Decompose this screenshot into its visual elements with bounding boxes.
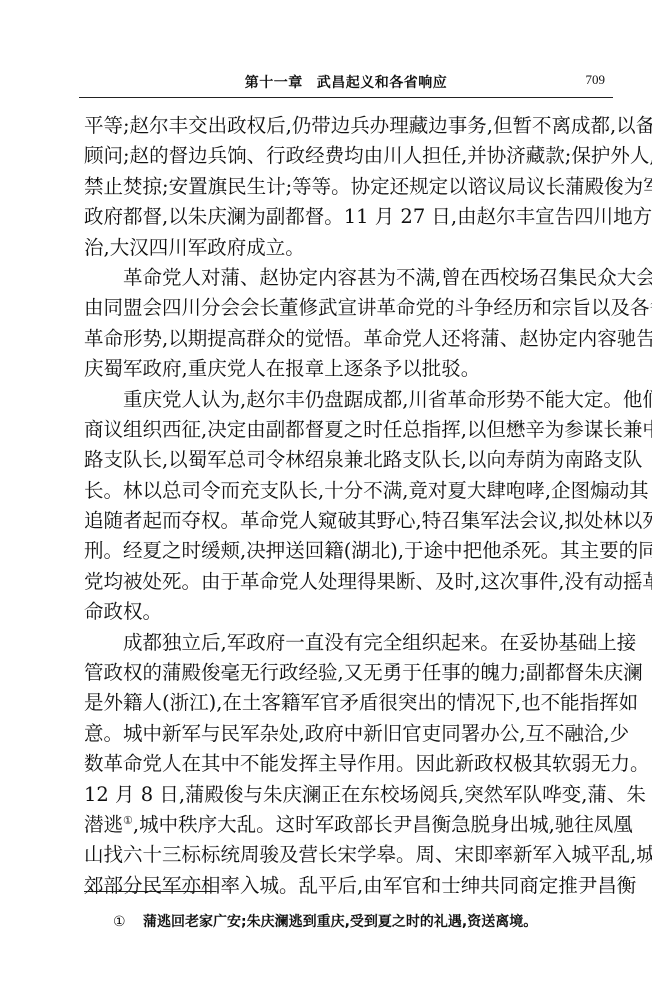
text-line: 山找六十三标标统周骏及营长宋学皋。周、宋即率新军入城平乱,城 bbox=[84, 840, 616, 870]
paragraph-start-line: 重庆党人认为,赵尔丰仍盘踞成都,川省革命形势不能大定。他们 bbox=[84, 385, 616, 415]
paragraph-start-line: 成都独立后,军政府一直没有完全组织起来。在妥协基础上接 bbox=[84, 628, 616, 658]
paragraph-start-line: 革命党人对蒲、赵协定内容甚为不满,曾在西校场召集民众大会, bbox=[84, 263, 616, 293]
text-line: 长。林以总司令而充支队长,十分不满,竟对夏大肆咆哮,企图煽动其 bbox=[84, 476, 616, 506]
footnote-rule bbox=[84, 891, 216, 892]
text-segment: ,城中秩序大乱。这时军政部长尹昌衡急脱身出城,驰往凤凰 bbox=[133, 813, 633, 836]
text-line: 12 月 8 日,蒲殿俊与朱庆澜正在东校场阅兵,突然军队哗变,蒲、朱 bbox=[84, 780, 616, 810]
body-text: 平等;赵尔丰交出政权后,仍带边兵办理藏边事务,但暂不离成都,以备 顾问;赵的督边… bbox=[84, 111, 616, 901]
chapter-title: 武昌起义和各省响应 bbox=[317, 75, 448, 91]
footnote-marker: ① bbox=[113, 914, 143, 930]
running-header: 第十一章武昌起义和各省响应 709 bbox=[79, 70, 613, 96]
text-line: 路支队长,以蜀军总司令林绍泉兼北路支队长,以向寿荫为南路支队 bbox=[84, 445, 616, 475]
text-line: 是外籍人(浙江),在土客籍军官矛盾很突出的情况下,也不能指挥如 bbox=[84, 688, 616, 718]
footnote-text: 蒲逃回老家广安;朱庆澜逃到重庆,受到夏之时的礼遇,资送离境。 bbox=[143, 914, 537, 930]
text-line: 治,大汉四川军政府成立。 bbox=[84, 233, 616, 263]
text-line: 政府都督,以朱庆澜为副都督。11 月 27 日,由赵尔丰宣告四川地方自 bbox=[84, 202, 616, 232]
text-line: 数革命党人在其中不能发挥主导作用。因此新政权极其软弱无力。 bbox=[84, 749, 616, 779]
text-line: 意。城中新军与民军杂处,政府中新旧官吏同署办公,互不融洽,少 bbox=[84, 719, 616, 749]
chapter-label: 第十一章 bbox=[245, 75, 303, 91]
text-line: 郊部分民军亦相率入城。乱平后,由军官和士绅共同商定推尹昌衡 bbox=[84, 871, 616, 901]
text-line: 命政权。 bbox=[84, 597, 616, 627]
text-line: 革命形势,以期提高群众的觉悟。革命党人还将蒲、赵协定内容驰告重 bbox=[84, 324, 616, 354]
header-rule bbox=[79, 97, 613, 98]
text-line: 由同盟会四川分会会长董修武宣讲革命党的斗争经历和宗旨以及各省 bbox=[84, 293, 616, 323]
text-line: 党均被处死。由于革命党人处理得果断、及时,这次事件,没有动摇革 bbox=[84, 567, 616, 597]
text-line: 追随者起而夺权。革命党人窥破其野心,特召集军法会议,拟处林以死 bbox=[84, 506, 616, 536]
text-line: 庆蜀军政府,重庆党人在报章上逐条予以批驳。 bbox=[84, 354, 616, 384]
text-line: 顾问;赵的督边兵饷、行政经费均由川人担任,并协济藏款;保护外人, bbox=[84, 141, 616, 171]
footnote: ①蒲逃回老家广安;朱庆澜逃到重庆,受到夏之时的礼遇,资送离境。 bbox=[113, 911, 537, 931]
text-line: 平等;赵尔丰交出政权后,仍带边兵办理藏边事务,但暂不离成都,以备 bbox=[84, 111, 616, 141]
page-number: 709 bbox=[586, 72, 606, 88]
text-line: 刑。经夏之时缓颊,决押送回籍(湖北),于途中把他杀死。其主要的同 bbox=[84, 536, 616, 566]
text-line: 商议组织西征,决定由副都督夏之时任总指挥,以但懋辛为参谋长兼中 bbox=[84, 415, 616, 445]
text-line: 管政权的蒲殿俊毫无行政经验,又无勇于任事的魄力;副都督朱庆澜 bbox=[84, 658, 616, 688]
text-segment: 潜逃 bbox=[84, 813, 123, 836]
text-line: 禁止焚掠;安置旗民生计;等等。协定还规定以谘议局议长蒲殿俊为军 bbox=[84, 172, 616, 202]
footnote-reference[interactable]: ① bbox=[123, 814, 133, 827]
text-line-with-footnote: 潜逃①,城中秩序大乱。这时军政部长尹昌衡急脱身出城,驰往凤凰 bbox=[84, 810, 616, 840]
running-header-title: 第十一章武昌起义和各省响应 bbox=[79, 72, 613, 92]
